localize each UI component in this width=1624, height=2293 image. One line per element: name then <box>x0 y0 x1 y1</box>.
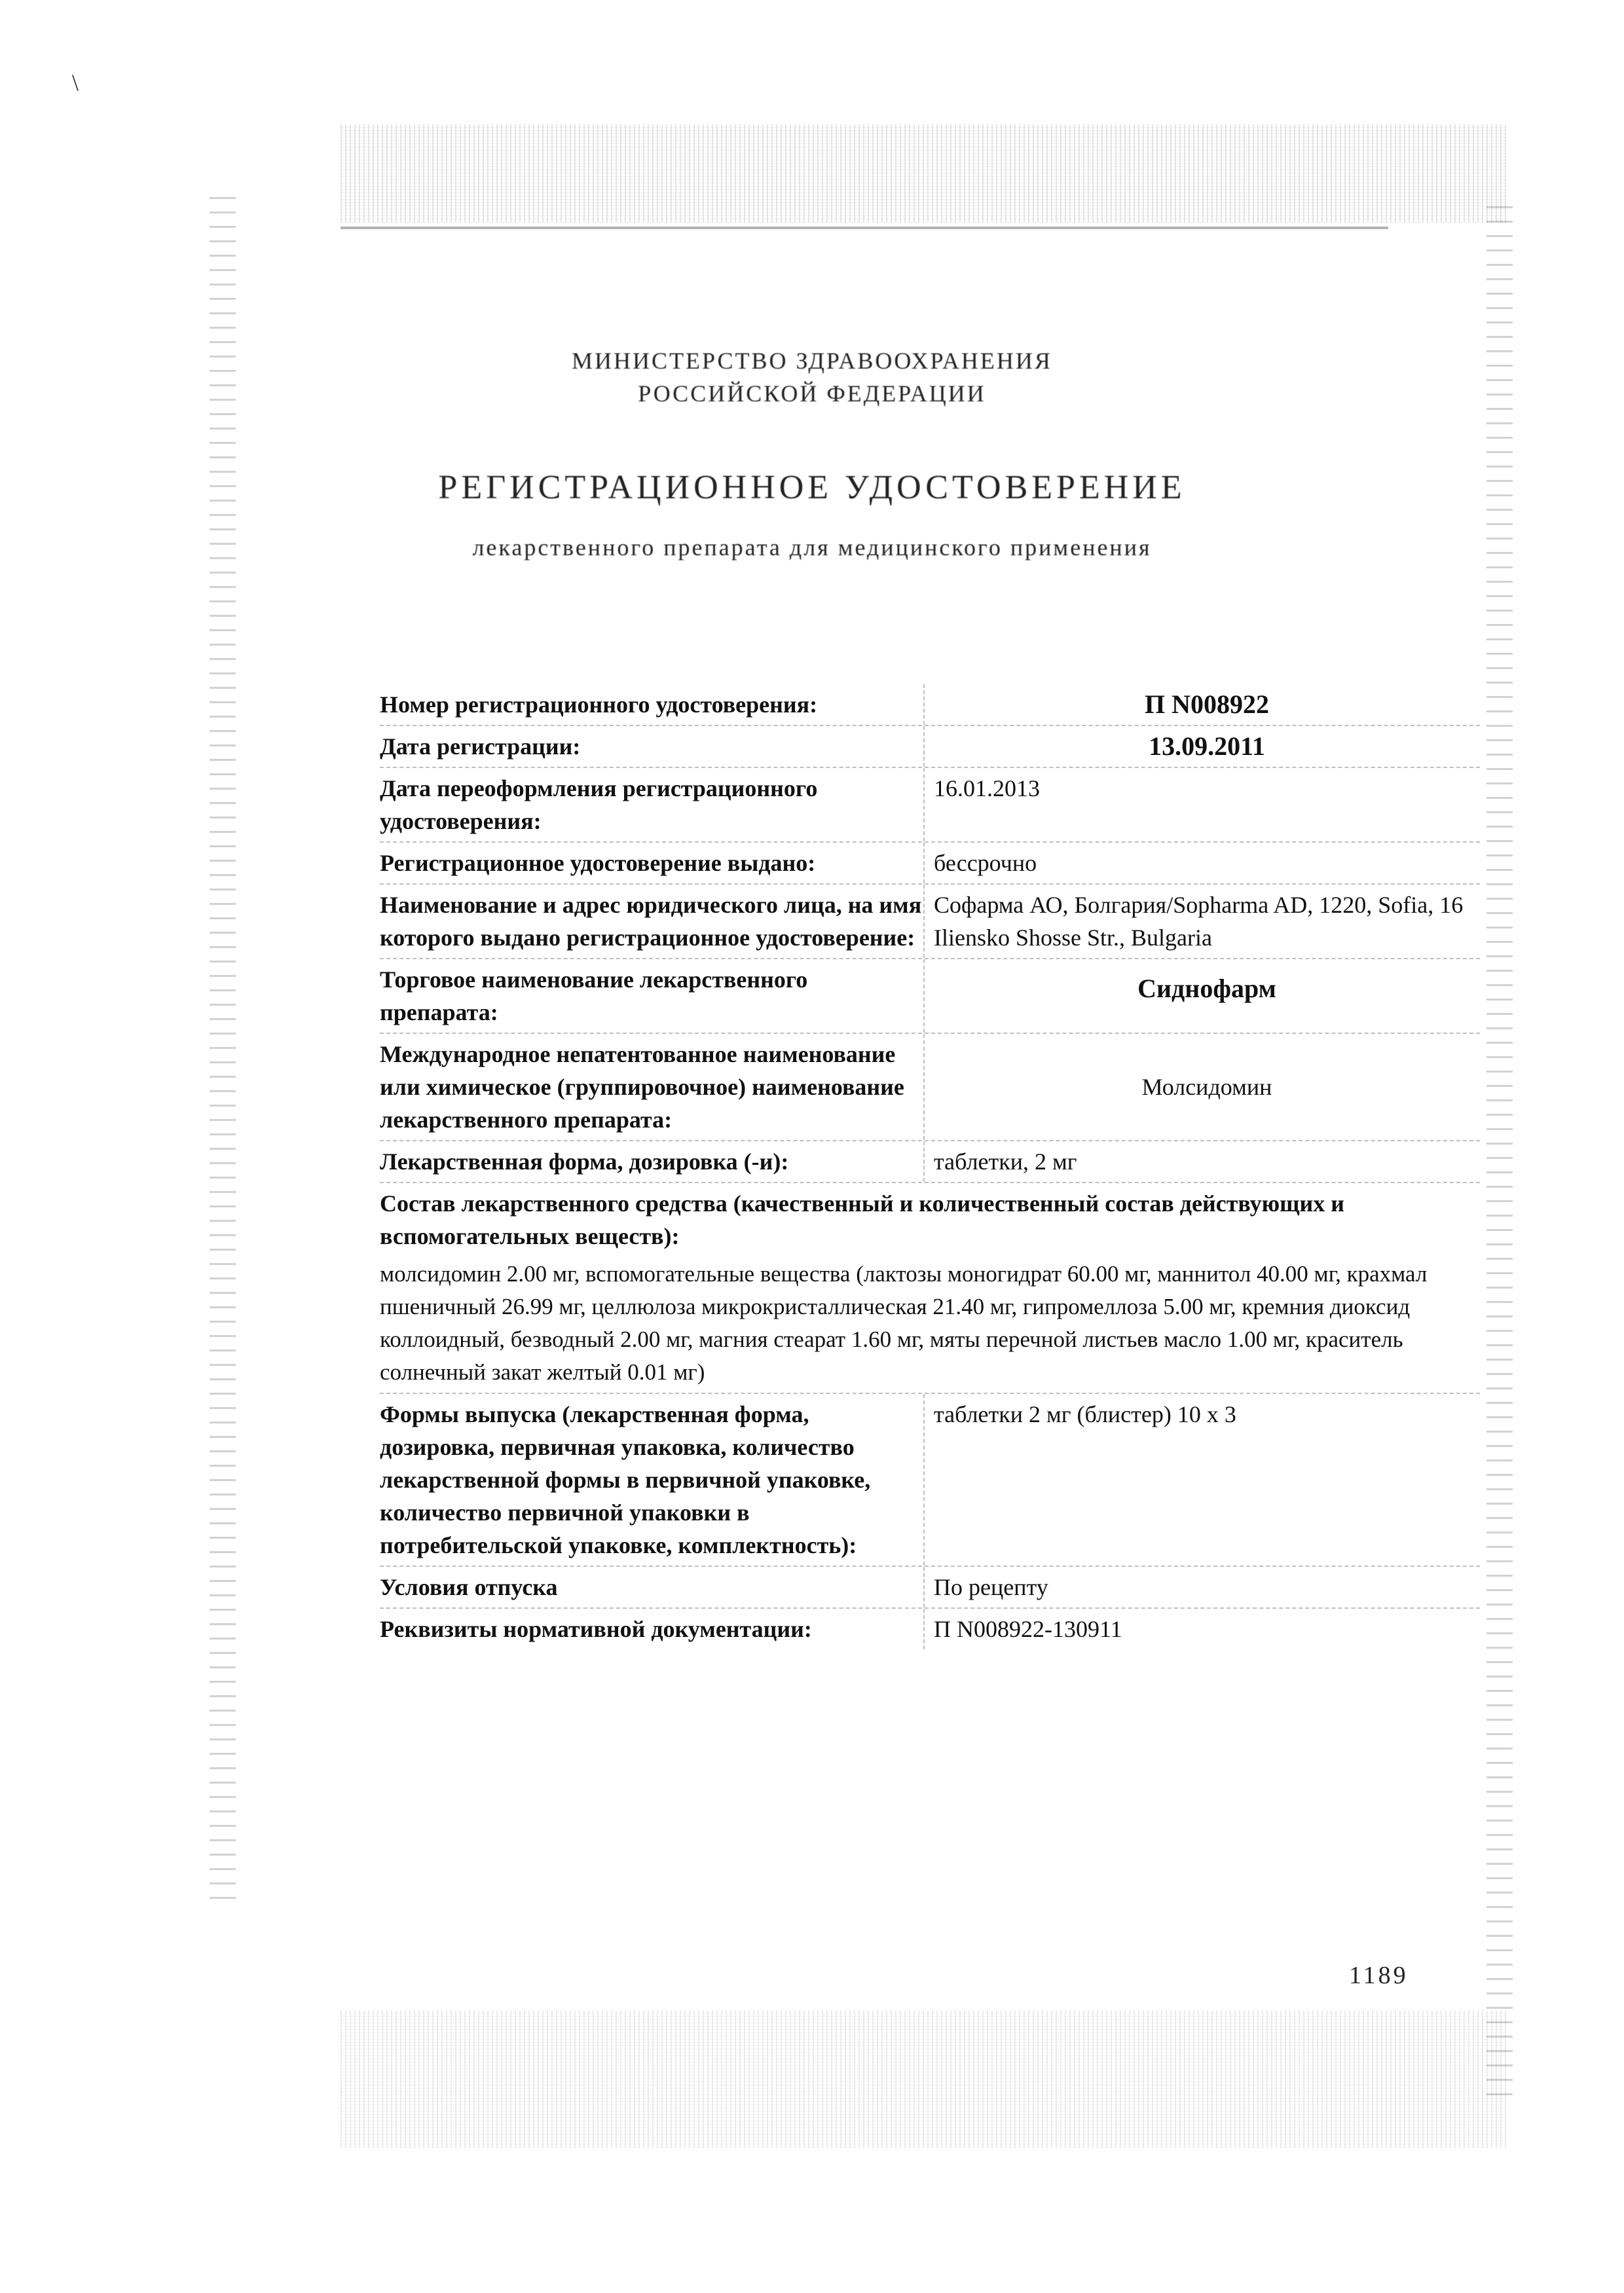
registration-table: Номер регистрационного удостоверения: П … <box>380 678 1480 1649</box>
label-registration-number: Номер регистрационного удостоверения: <box>380 684 923 725</box>
value-trade-name: Сиднофарм <box>923 959 1480 1033</box>
row-dosage-form: Лекарственная форма, дозировка (-и): таб… <box>380 1141 1480 1183</box>
value-release-forms: таблетки 2 мг (блистер) 10 x 3 <box>923 1394 1480 1566</box>
value-dispensing: По рецепту <box>923 1567 1480 1607</box>
value-holder: Софарма АО, Болгария/Sopharma AD, 1220, … <box>923 885 1480 958</box>
label-trade-name: Торговое наименование лекарственного пре… <box>380 959 923 1033</box>
value-inn: Молсидомин <box>923 1034 1480 1140</box>
label-dosage-form: Лекарственная форма, дозировка (-и): <box>380 1141 923 1182</box>
page-number: 1189 <box>1349 1961 1409 1990</box>
ministry-name-line1: МИНИСТЕРСТВО ЗДРАВООХРАНЕНИЯ <box>0 347 1624 375</box>
value-reissue-date: 16.01.2013 <box>923 768 1480 841</box>
label-inn: Международное непатентованное наименован… <box>380 1034 923 1140</box>
scan-artifact-left <box>210 196 236 1899</box>
row-validity: Регистрационное удостоверение выдано: бе… <box>380 843 1480 885</box>
row-release-forms: Формы выпуска (лекарственная форма, дози… <box>380 1394 1480 1567</box>
label-dispensing: Условия отпуска <box>380 1567 923 1607</box>
row-registration-number: Номер регистрационного удостоверения: П … <box>380 678 1480 726</box>
row-inn: Международное непатентованное наименован… <box>380 1034 1480 1141</box>
label-holder: Наименование и адрес юридического лица, … <box>380 885 923 958</box>
label-normative-docs: Реквизиты нормативной документации: <box>380 1609 923 1649</box>
decorative-ornament-bottom <box>341 2010 1506 2148</box>
value-validity: бессрочно <box>923 843 1480 883</box>
row-dispensing: Условия отпуска По рецепту <box>380 1567 1480 1609</box>
row-reissue-date: Дата переоформления регистрационного удо… <box>380 768 1480 843</box>
label-validity: Регистрационное удостоверение выдано: <box>380 843 923 883</box>
decorative-ornament-top <box>341 124 1506 223</box>
label-reissue-date: Дата переоформления регистрационного удо… <box>380 768 923 841</box>
label-release-forms: Формы выпуска (лекарственная форма, дози… <box>380 1394 923 1566</box>
row-composition: Состав лекарственного средства (качестве… <box>380 1183 1480 1394</box>
scan-mark: \ <box>72 69 79 96</box>
document-subtitle: лекарственного препарата для медицинског… <box>0 534 1624 561</box>
value-dosage-form: таблетки, 2 мг <box>923 1141 1480 1182</box>
value-registration-date: 13.09.2011 <box>923 726 1480 767</box>
ministry-name-line2: РОССИЙСКОЙ ФЕДЕРАЦИИ <box>0 380 1624 407</box>
label-composition: Состав лекарственного средства (качестве… <box>380 1183 1480 1257</box>
row-normative-docs: Реквизиты нормативной документации: П N0… <box>380 1609 1480 1649</box>
value-composition: молсидомин 2.00 мг, вспомогательные веще… <box>380 1257 1480 1393</box>
document-title: РЕГИСТРАЦИОННОЕ УДОСТОВЕРЕНИЕ <box>0 468 1624 507</box>
value-normative-docs: П N008922-130911 <box>923 1609 1480 1649</box>
row-trade-name: Торговое наименование лекарственного пре… <box>380 959 1480 1034</box>
row-registration-date: Дата регистрации: 13.09.2011 <box>380 726 1480 768</box>
row-holder: Наименование и адрес юридического лица, … <box>380 885 1480 959</box>
label-registration-date: Дата регистрации: <box>380 726 923 767</box>
value-registration-number: П N008922 <box>923 684 1480 725</box>
